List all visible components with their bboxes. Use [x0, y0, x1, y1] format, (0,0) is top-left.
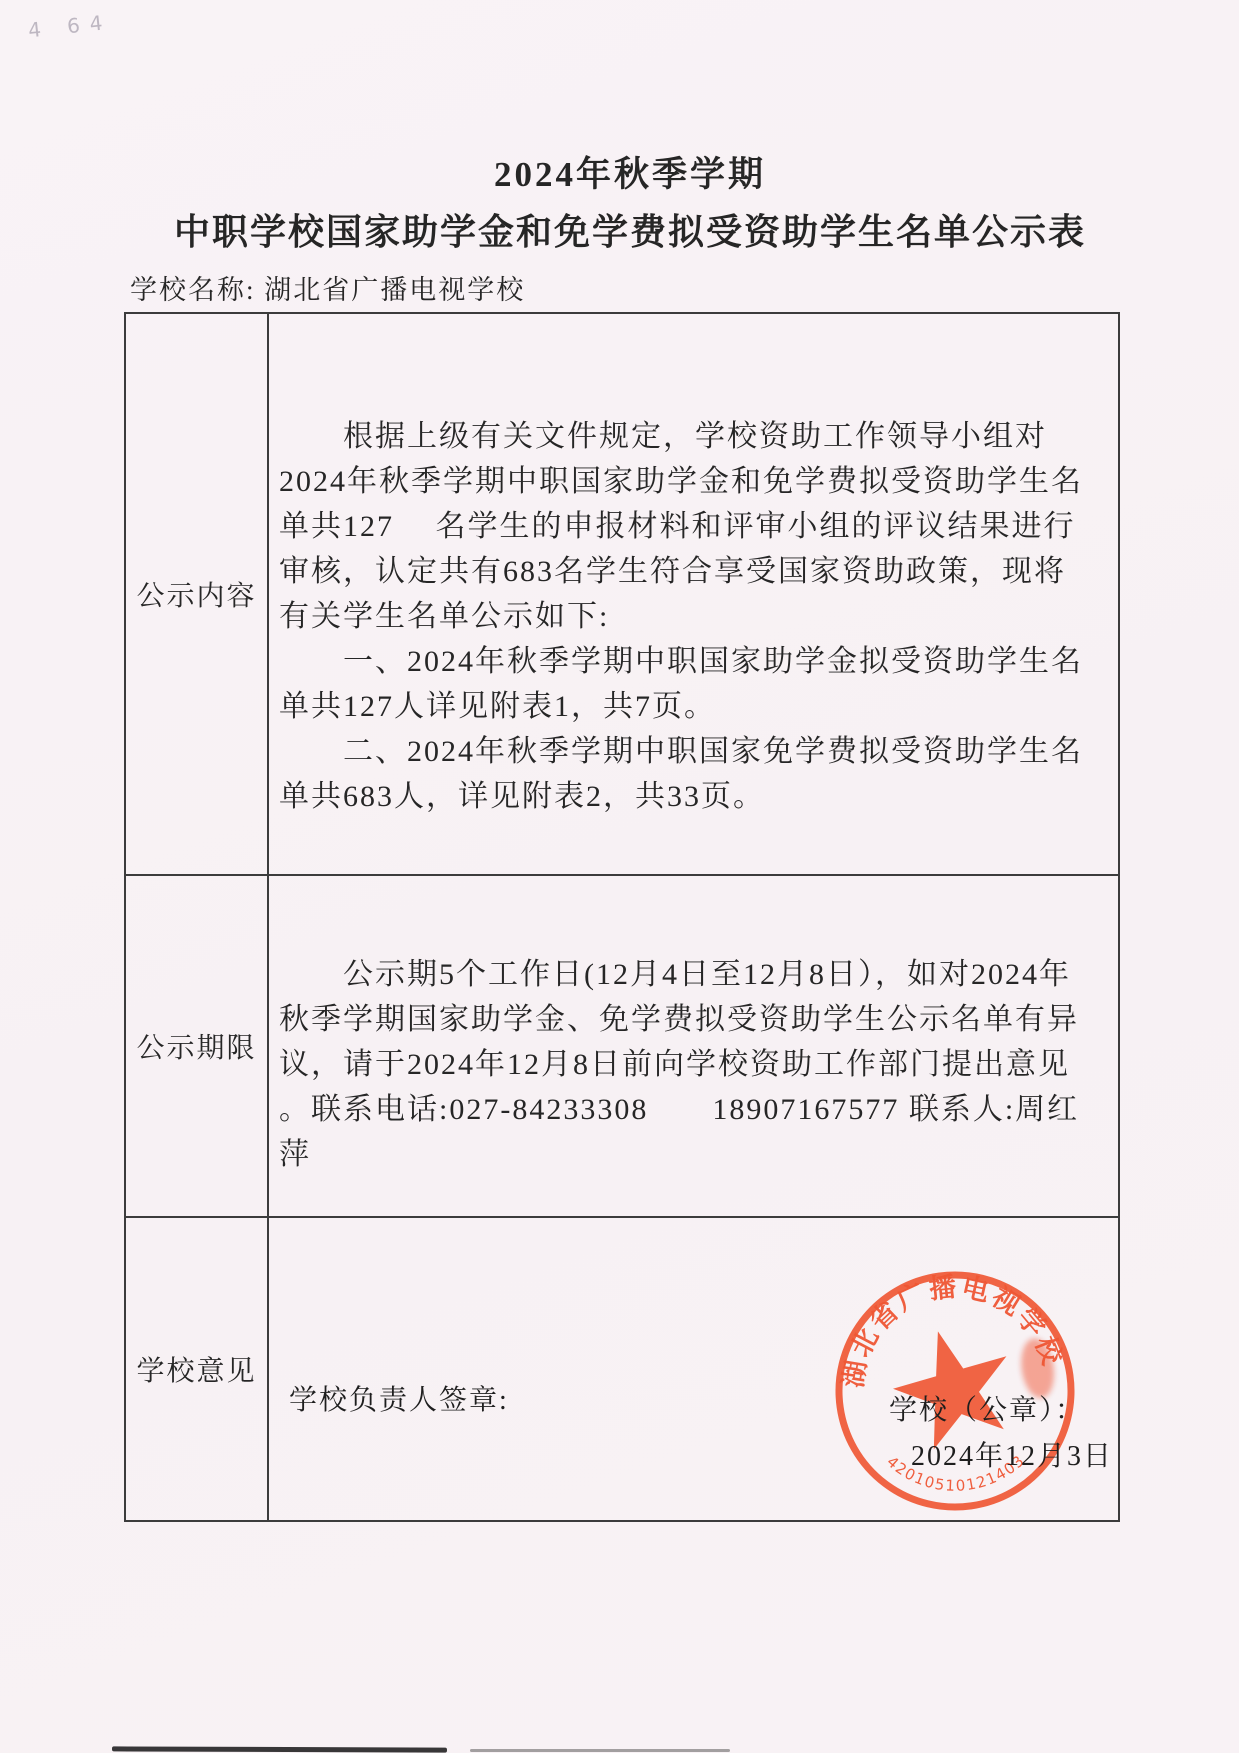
text-line: 有关学生名单公示如下:: [279, 594, 1100, 639]
text-line: 秋季学期国家助学金、免学费拟受资助学生公示名单有异: [279, 997, 1100, 1042]
pencil-mark: 4 64: [27, 10, 114, 43]
opinion-date: 2024年12月3日: [911, 1434, 1113, 1474]
title-line-1: 2024年秋季学期: [24, 150, 1236, 200]
row-body-period: 公示期5个工作日(12月4日至12月8日），如对2024年秋季学期国家助学金、免…: [269, 876, 1118, 1216]
notice-table: 公示内容 根据上级有关文件规定，学校资助工作领导小组对2024年秋季学期中职国家…: [124, 312, 1120, 1522]
row-body-content: 根据上级有关文件规定，学校资助工作领导小组对2024年秋季学期中职国家助学金和免…: [269, 314, 1118, 874]
principal-signature-label: 学校负责人签章:: [289, 1378, 509, 1418]
text-line: 萍: [279, 1132, 1100, 1177]
text-line: 单共683人，详见附表2，共33页。: [279, 774, 1100, 819]
school-name: 学校名称: 湖北省广播电视学校: [130, 268, 525, 307]
table-row-opinion: 学校意见 湖北省广播电视学校: [126, 1216, 1118, 1520]
content-paragraphs: 根据上级有关文件规定，学校资助工作领导小组对2024年秋季学期中职国家助学金和免…: [269, 314, 1118, 819]
scan-artifact: [470, 1749, 730, 1752]
document-title: 2024年秋季学期 中职学校国家助学金和免学费拟受资助学生名单公示表: [24, 150, 1236, 258]
row-body-opinion: 湖北省广播电视学校 42010510121403 学校负责人签章: 学校（公章）…: [269, 1218, 1118, 1520]
text-line: 。联系电话:027-84233308 18907167577 联系人:周红: [279, 1087, 1100, 1132]
text-line: 公示期5个工作日(12月4日至12月8日），如对2024年: [279, 952, 1100, 997]
text-line: 议，请于2024年12月8日前向学校资助工作部门提出意见: [279, 1042, 1100, 1087]
row-label-period: 公示期限: [126, 876, 269, 1216]
title-line-2: 中职学校国家助学金和免学费拟受资助学生名单公示表: [24, 206, 1236, 258]
text-line: 2024年秋季学期中职国家助学金和免学费拟受资助学生名: [279, 459, 1100, 504]
row-label-opinion: 学校意见: [126, 1218, 269, 1520]
row-label-content: 公示内容: [126, 314, 269, 874]
school-seal-label: 学校（公章）：: [889, 1388, 1085, 1428]
period-paragraphs: 公示期5个工作日(12月4日至12月8日），如对2024年秋季学期国家助学金、免…: [269, 876, 1118, 1177]
text-line: 二、2024年秋季学期中职国家免学费拟受资助学生名: [279, 729, 1100, 774]
scan-artifact: [112, 1746, 447, 1752]
text-line: 单共127人详见附表1，共7页。: [279, 684, 1100, 729]
table-row-period: 公示期限 公示期5个工作日(12月4日至12月8日），如对2024年秋季学期国家…: [126, 874, 1118, 1216]
text-line: 根据上级有关文件规定，学校资助工作领导小组对: [279, 414, 1100, 459]
text-line: 单共127 名学生的申报材料和评审小组的评议结果进行: [279, 504, 1100, 549]
text-line: 一、2024年秋季学期中职国家助学金拟受资助学生名: [279, 639, 1100, 684]
table-row-content: 公示内容 根据上级有关文件规定，学校资助工作领导小组对2024年秋季学期中职国家…: [126, 314, 1118, 874]
text-line: 审核，认定共有683名学生符合享受国家资助政策，现将: [279, 549, 1100, 594]
school-seal-stamp: 湖北省广播电视学校 42010510121403: [816, 1252, 1094, 1520]
document-page: 4 64 2024年秋季学期 中职学校国家助学金和免学费拟受资助学生名单公示表 …: [0, 0, 1239, 1753]
